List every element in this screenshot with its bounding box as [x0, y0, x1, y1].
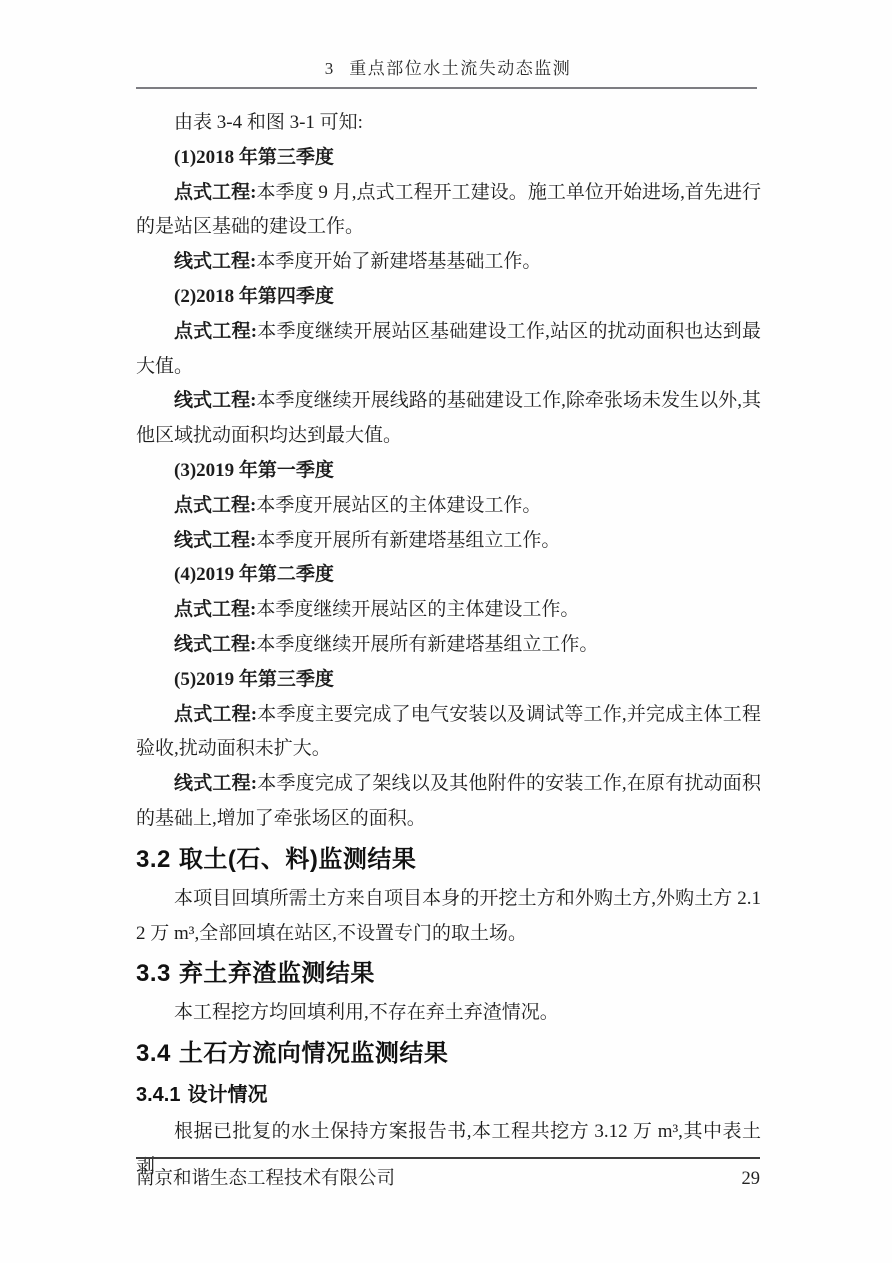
section-number: 3.4 — [136, 1040, 171, 1067]
section-heading-3-4: 3.4土石方流向情况监测结果 — [136, 1031, 761, 1076]
section-heading-3-3: 3.3弃土弃渣监测结果 — [136, 951, 761, 996]
point-works-label: 点式工程: — [174, 321, 257, 342]
point-works-paragraph: 点式工程:本季度 9 月,点式工程开工建设。施工单位开始进场,首先进行的是站区基… — [136, 176, 761, 246]
header-chapter-title: 重点部位水土流失动态监测 — [349, 59, 571, 78]
line-works-text: 本季度继续开展所有新建塔基组立工作。 — [256, 634, 598, 655]
quarter-block-1: (1)2018 年第三季度 点式工程:本季度 9 月,点式工程开工建设。施工单位… — [136, 141, 761, 280]
subsection-title: 设计情况 — [187, 1084, 267, 1106]
line-works-label: 线式工程: — [174, 634, 256, 655]
quarter-heading: (3)2019 年第一季度 — [136, 454, 761, 489]
footer-page-number: 29 — [742, 1169, 761, 1190]
section-title: 土石方流向情况监测结果 — [179, 1040, 449, 1067]
footer-rule — [136, 1157, 760, 1159]
line-works-text: 本季度开始了新建塔基基础工作。 — [256, 251, 541, 272]
report-page: 3重点部位水土流失动态监测 由表 3-4 和图 3-1 可知: (1)2018 … — [0, 0, 892, 1263]
section-title: 弃土弃渣监测结果 — [179, 960, 375, 987]
section-number: 3.2 — [136, 846, 171, 873]
point-works-label: 点式工程: — [174, 704, 257, 725]
quarter-block-4: (4)2019 年第二季度 点式工程:本季度继续开展站区的主体建设工作。 线式工… — [136, 558, 761, 662]
line-works-paragraph: 线式工程:本季度继续开展线路的基础建设工作,除牵张场未发生以外,其他区域扰动面积… — [136, 384, 761, 454]
line-works-paragraph: 线式工程:本季度开展所有新建塔基组立工作。 — [136, 524, 761, 559]
page-header: 3重点部位水土流失动态监测 — [136, 54, 760, 79]
intro-paragraph: 由表 3-4 和图 3-1 可知: — [136, 106, 761, 141]
page-footer: 南京和谐生态工程技术有限公司 29 — [136, 1164, 760, 1190]
subsection-number: 3.4.1 — [136, 1084, 180, 1106]
quarter-heading: (4)2019 年第二季度 — [136, 558, 761, 593]
page-body: 由表 3-4 和图 3-1 可知: (1)2018 年第三季度 点式工程:本季度… — [136, 106, 761, 1185]
section-number: 3.3 — [136, 960, 171, 987]
point-works-text: 本季度继续开展站区的主体建设工作。 — [256, 599, 579, 620]
header-chapter-number: 3 — [325, 59, 334, 78]
quarter-block-3: (3)2019 年第一季度 点式工程:本季度开展站区的主体建设工作。 线式工程:… — [136, 454, 761, 558]
point-works-paragraph: 点式工程:本季度主要完成了电气安装以及调试等工作,并完成主体工程验收,扰动面积未… — [136, 698, 761, 768]
line-works-label: 线式工程: — [174, 251, 256, 272]
section-3-2-paragraph: 本项目回填所需土方来自项目本身的开挖土方和外购土方,外购土方 2.12 万 m³… — [136, 882, 761, 952]
footer-company-name: 南京和谐生态工程技术有限公司 — [136, 1164, 395, 1190]
line-works-paragraph: 线式工程:本季度完成了架线以及其他附件的安装工作,在原有扰动面积的基础上,增加了… — [136, 767, 761, 837]
quarter-heading: (5)2019 年第三季度 — [136, 663, 761, 698]
point-works-paragraph: 点式工程:本季度继续开展站区基础建设工作,站区的扰动面积也达到最大值。 — [136, 315, 761, 385]
point-works-paragraph: 点式工程:本季度开展站区的主体建设工作。 — [136, 489, 761, 524]
line-works-label: 线式工程: — [174, 773, 257, 794]
point-works-text: 本季度开展站区的主体建设工作。 — [256, 495, 541, 516]
line-works-label: 线式工程: — [174, 530, 256, 551]
subsection-heading-3-4-1: 3.4.1设计情况 — [136, 1076, 761, 1115]
line-works-text: 本季度开展所有新建塔基组立工作。 — [256, 530, 560, 551]
quarter-heading: (1)2018 年第三季度 — [136, 141, 761, 176]
line-works-paragraph: 线式工程:本季度继续开展所有新建塔基组立工作。 — [136, 628, 761, 663]
point-works-paragraph: 点式工程:本季度继续开展站区的主体建设工作。 — [136, 593, 761, 628]
quarter-block-5: (5)2019 年第三季度 点式工程:本季度主要完成了电气安装以及调试等工作,并… — [136, 663, 761, 837]
point-works-label: 点式工程: — [174, 182, 256, 203]
header-rule — [136, 87, 757, 89]
quarter-block-2: (2)2018 年第四季度 点式工程:本季度继续开展站区基础建设工作,站区的扰动… — [136, 280, 761, 454]
section-3-3-paragraph: 本工程挖方均回填利用,不存在弃土弃渣情况。 — [136, 996, 761, 1031]
section-heading-3-2: 3.2取土(石、料)监测结果 — [136, 837, 761, 882]
point-works-label: 点式工程: — [174, 599, 256, 620]
point-works-label: 点式工程: — [174, 495, 256, 516]
line-works-label: 线式工程: — [174, 390, 256, 411]
quarter-heading: (2)2018 年第四季度 — [136, 280, 761, 315]
line-works-paragraph: 线式工程:本季度开始了新建塔基基础工作。 — [136, 245, 761, 280]
section-title: 取土(石、料)监测结果 — [179, 846, 416, 873]
